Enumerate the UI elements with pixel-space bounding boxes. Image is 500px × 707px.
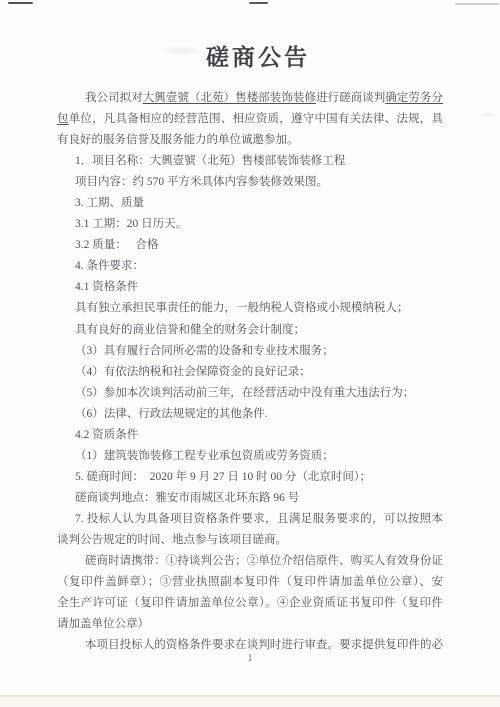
scan-artifact-top-left <box>8 2 33 4</box>
text-segment: 3.2 质量： 合格 <box>75 239 158 251</box>
scan-artifact-top-middle <box>249 2 268 4</box>
doc-line: 包单位，凡具备相应的经营范围、相应资质，遵守中国有关法律、法规，具 <box>57 109 443 130</box>
text-segment: 3. 工期、质量 <box>75 197 144 209</box>
text-segment: 谈判公告规定的时间、地点参与该项目磋商。 <box>57 534 287 546</box>
text-segment: （5）参加本次谈判活动前三年，在经营活动中没有重大违法行为； <box>75 387 414 399</box>
text-segment: 3.1 工期：20 日历天。 <box>75 218 187 230</box>
doc-line: 5. 磋商时间： 2020 年 9 月 27 日 10 时 00 分（北京时间）… <box>57 467 443 488</box>
text-segment: 项目内容：约 570 平方米具体内容参装修效果图。 <box>75 176 328 188</box>
text-segment: （1）建筑装饰装修工程专业承包资质或劳务资质； <box>75 450 334 462</box>
text-segment: 单位，凡具备相应的经营范围、相应资质，遵守中国有关法律、法规，具 <box>69 113 443 125</box>
doc-line: （复印件盖鲜章）；③营业执照副本复印件（复印件请加盖单位公章）、安 <box>57 572 443 593</box>
underlined-text: 大興壹號（北苑）售楼部装饰装修 <box>143 92 316 104</box>
doc-line: 请加盖单位公章） <box>57 614 443 635</box>
doc-line: 我公司拟对大興壹號（北苑）售楼部装饰装修进行磋商谈判确定劳务分 <box>57 88 443 109</box>
text-segment: 磋商时请携带：①持谈判公告；②单位介绍信原件、购买人有效身份证 <box>85 555 443 567</box>
text-segment: （复印件盖鲜章）；③营业执照副本复印件（复印件请加盖单位公章）、安 <box>57 576 443 588</box>
text-segment: 有良好的服务信誉及服务能力的单位诚邀参加。 <box>57 134 299 146</box>
text-segment: （3）具有履行合同所必需的设备和专业技术服务； <box>75 345 334 357</box>
page-title: 磋商公告 <box>65 39 451 72</box>
underlined-text: 包 <box>57 113 69 125</box>
text-segment: 具有良好的商业信誉和健全的财务会计制度； <box>75 324 305 336</box>
doc-line: 具有独立承担民事责任的能力，一般纳税人资格或小规模纳税人； <box>57 298 443 319</box>
doc-line: 3.2 质量： 合格 <box>57 235 443 256</box>
text-segment: 全生产许可证（复印件请加盖单位公章）。④企业资质证书复印件（复印件 <box>57 597 443 609</box>
text-segment: 我公司拟对 <box>85 92 143 104</box>
doc-line: 4. 条件要求： <box>57 256 443 277</box>
text-segment: 4. 条件要求： <box>75 260 144 272</box>
text-segment: （4）有依法纳税和社会保障资金的良好记录； <box>75 366 311 378</box>
underlined-text: 确定劳务分 <box>385 92 443 104</box>
doc-line: 3. 工期、质量 <box>57 193 443 214</box>
text-segment: 1．项目名称：大興壹號（北苑）售楼部装饰装修工程 <box>75 155 345 167</box>
doc-line: 4.2 资质条件 <box>57 425 443 446</box>
text-segment: 磋商谈判地点：雅安市雨城区北环东路 96 号 <box>75 492 299 504</box>
doc-line: 项目内容：约 570 平方米具体内容参装修效果图。 <box>57 172 443 193</box>
scan-smudge <box>480 112 496 118</box>
text-segment: 本项目投标人的资格条件要求在谈判时进行审查。要求提供复印件的必 <box>85 639 443 651</box>
doc-line: （6）法律、行政法规规定的其他条件. <box>57 404 443 425</box>
doc-line: （4）有依法纳税和社会保障资金的良好记录； <box>57 362 443 383</box>
doc-line: 4.1 资格条件 <box>57 277 443 298</box>
doc-line: 磋商谈判地点：雅安市雨城区北环东路 96 号 <box>57 488 443 509</box>
doc-line: 全生产许可证（复印件请加盖单位公章）。④企业资质证书复印件（复印件 <box>57 593 443 614</box>
text-segment: 4.1 资格条件 <box>75 281 138 293</box>
doc-line: （5）参加本次谈判活动前三年，在经营活动中没有重大违法行为； <box>57 383 443 404</box>
scan-artifact-top-right <box>455 3 499 5</box>
doc-line: （1）建筑装饰装修工程专业承包资质或劳务资质； <box>57 446 443 467</box>
text-segment: 7. 投标人认为具备项目资格条件要求，且满足服务要求的，可以按照本 <box>75 513 443 525</box>
doc-line: 7. 投标人认为具备项目资格条件要求，且满足服务要求的，可以按照本 <box>57 509 443 530</box>
doc-line: （3）具有履行合同所必需的设备和专业技术服务； <box>57 341 443 362</box>
doc-line: 磋商时请携带：①持谈判公告；②单位介绍信原件、购买人有效身份证 <box>57 551 443 572</box>
doc-line: 有良好的服务信誉及服务能力的单位诚邀参加。 <box>57 130 443 151</box>
page-number: 1 <box>57 653 443 664</box>
text-segment: 进行磋商谈判 <box>316 92 385 104</box>
document-body: 我公司拟对大興壹號（北苑）售楼部装饰装修进行磋商谈判确定劳务分包单位，凡具备相应… <box>57 88 443 656</box>
doc-line: 3.1 工期：20 日历天。 <box>57 214 443 235</box>
doc-line: 1．项目名称：大興壹號（北苑）售楼部装饰装修工程 <box>57 151 443 172</box>
text-segment: 4.2 资质条件 <box>75 429 138 441</box>
scan-artifact-bottom-strip <box>0 697 500 707</box>
document-page: 磋商公告 我公司拟对大興壹號（北苑）售楼部装饰装修进行磋商谈判确定劳务分包单位，… <box>0 0 500 707</box>
text-segment: 5. 磋商时间： 2020 年 9 月 27 日 10 时 00 分（北京时间）… <box>75 471 371 483</box>
text-segment: 请加盖单位公章） <box>57 618 149 630</box>
doc-line: 谈判公告规定的时间、地点参与该项目磋商。 <box>57 530 443 551</box>
text-segment: 具有独立承担民事责任的能力，一般纳税人资格或小规模纳税人； <box>75 302 409 314</box>
text-segment: （6）法律、行政法规规定的其他条件. <box>75 408 268 420</box>
doc-line: 具有良好的商业信誉和健全的财务会计制度； <box>57 320 443 341</box>
